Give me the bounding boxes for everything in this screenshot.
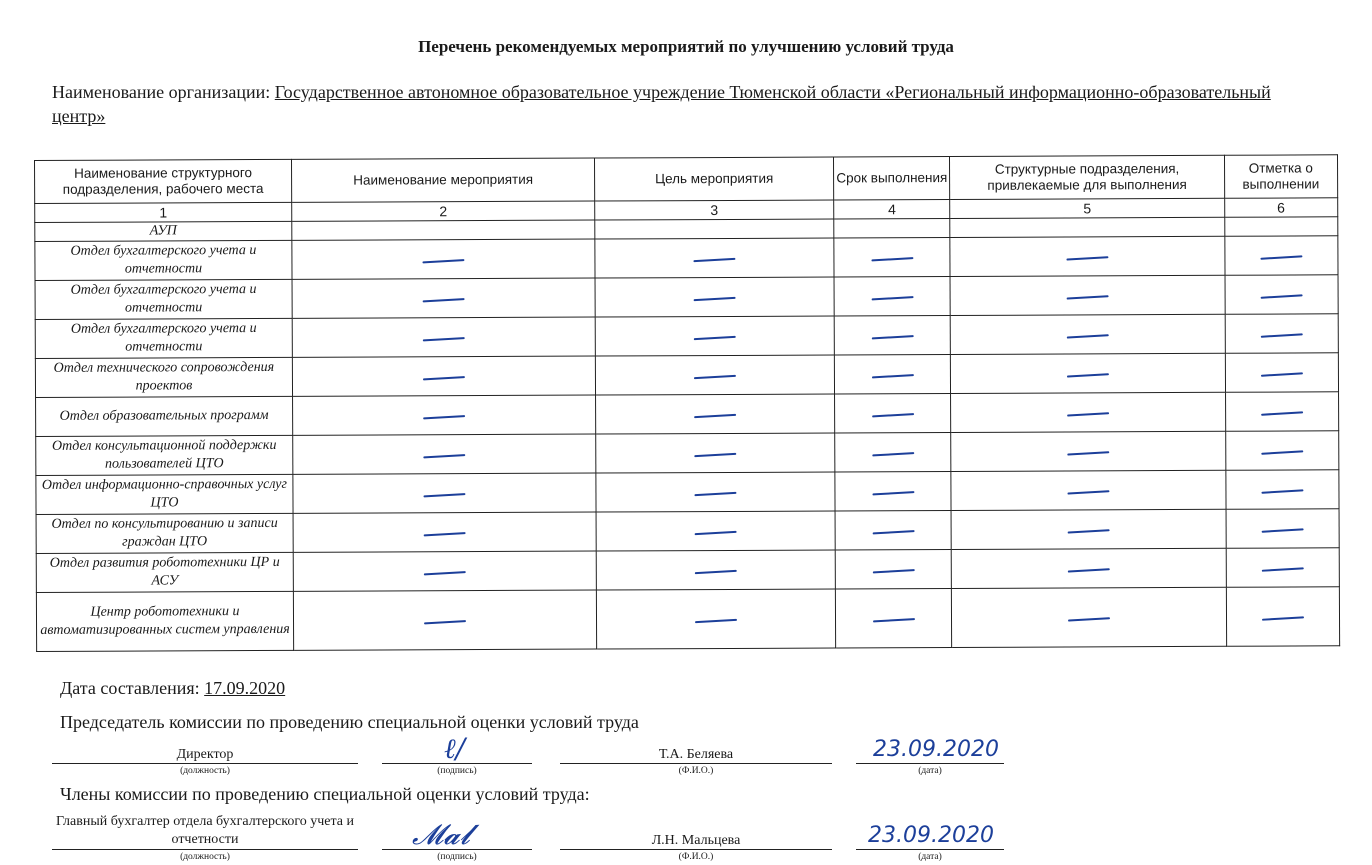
organization-label: Наименование организации:	[52, 82, 275, 102]
handwritten-dash-mark	[694, 375, 736, 379]
handwritten-dash-mark	[1068, 529, 1110, 533]
chair-signed-date: 23.09.2020	[856, 737, 1016, 762]
dash-cell	[835, 394, 952, 434]
dash-cell	[596, 394, 835, 434]
department-name: Центр робототехники и автоматизированных…	[36, 591, 293, 651]
table-row: Отдел консультационной поддержки пользов…	[36, 431, 1339, 476]
dash-cell	[951, 470, 1225, 510]
dash-cell	[293, 473, 596, 513]
dash-cell	[1224, 236, 1338, 275]
dash-cell	[952, 587, 1226, 647]
table-row: Отдел по консультированию и записи гражд…	[36, 509, 1339, 554]
header-department: Наименование структурного подразделения,…	[35, 159, 292, 203]
column-number: 6	[1224, 198, 1338, 217]
handwritten-dash-mark	[424, 571, 466, 575]
handwritten-dash-mark	[1067, 451, 1109, 455]
department-name: Отдел образовательных программ	[36, 396, 293, 436]
dash-cell	[597, 589, 836, 649]
handwritten-dash-mark	[1262, 616, 1304, 620]
dash-cell	[834, 316, 951, 356]
column-number: 5	[950, 198, 1224, 218]
dash-cell	[595, 238, 834, 278]
handwritten-dash-mark	[424, 532, 466, 536]
chair-name: Т.А. Беляева	[560, 747, 832, 764]
handwritten-dash-mark	[1067, 412, 1109, 416]
handwritten-dash-mark	[872, 491, 914, 495]
caption-position: (должность)	[52, 852, 358, 862]
handwritten-dash-mark	[694, 336, 736, 340]
handwritten-dash-mark	[1067, 373, 1109, 377]
dash-cell	[1226, 509, 1340, 548]
table-row: Отдел информационно-справочных услуг ЦТО	[36, 470, 1339, 515]
handwritten-dash-mark	[871, 257, 913, 261]
department-name: Отдел консультационной поддержки пользов…	[36, 435, 293, 475]
handwritten-dash-mark	[873, 618, 915, 622]
dash-cell	[835, 588, 952, 648]
dash-cell	[293, 434, 596, 474]
column-number: 2	[292, 201, 595, 221]
table-row: Центр робототехники и автоматизированных…	[36, 587, 1339, 652]
handwritten-dash-mark	[695, 570, 737, 574]
department-name: Отдел технического сопровождения проекто…	[35, 357, 292, 397]
handwritten-dash-mark	[1260, 294, 1302, 298]
table-row: Отдел развития робототехники ЦР и АСУ	[36, 548, 1339, 593]
member-signature-mark: 𝓜𝓪𝓵	[412, 818, 470, 852]
dash-cell	[951, 353, 1225, 393]
dash-cell	[834, 238, 951, 278]
handwritten-dash-mark	[423, 454, 465, 458]
compiled-date-line: Дата составления: 17.09.2020	[60, 678, 285, 699]
compiled-date-value: 17.09.2020	[204, 678, 285, 698]
handwritten-dash-mark	[1260, 255, 1302, 259]
dash-cell	[1225, 275, 1339, 314]
dash-cell	[952, 548, 1226, 588]
department-name: Отдел по консультированию и записи гражд…	[36, 513, 293, 553]
measures-table: Наименование структурного подразделения,…	[34, 154, 1340, 652]
handwritten-dash-mark	[1261, 333, 1303, 337]
handwritten-dash-mark	[1067, 295, 1109, 299]
handwritten-dash-mark	[1067, 490, 1109, 494]
handwritten-dash-mark	[694, 258, 736, 262]
dash-cell	[293, 395, 596, 435]
table-row: Отдел бухгалтерского учета и отчетности	[35, 275, 1338, 320]
handwritten-dash-mark	[872, 530, 914, 534]
caption-date: (дата)	[856, 766, 1004, 776]
handwritten-dash-mark	[423, 298, 465, 302]
dash-cell	[951, 392, 1225, 432]
members-heading: Члены комиссии по проведению специальной…	[60, 784, 590, 805]
handwritten-dash-mark	[873, 569, 915, 573]
handwritten-dash-mark	[871, 296, 913, 300]
dash-cell	[595, 316, 834, 356]
handwritten-dash-mark	[423, 415, 465, 419]
chair-signature-row: Директор (должность) ℓ/ (подпись) Т.А. Б…	[52, 730, 1052, 776]
dash-cell	[292, 317, 595, 357]
header-involved-units: Структурные подразделения, привлекаемые …	[950, 155, 1224, 199]
column-number: 1	[35, 202, 292, 222]
member-name: Л.Н. Мальцева	[560, 833, 832, 850]
dash-cell	[835, 472, 952, 512]
dash-cell	[292, 239, 595, 279]
caption-date: (дата)	[856, 852, 1004, 862]
chair-signature-mark: ℓ/	[444, 732, 465, 766]
table-row: Отдел образовательных программ	[36, 392, 1339, 437]
handwritten-dash-mark	[694, 414, 736, 418]
dash-cell	[292, 278, 595, 318]
handwritten-dash-mark	[1068, 617, 1110, 621]
member-signature-row: Главный бухгалтер отдела бухгалтерского …	[52, 808, 1052, 862]
table-row: Отдел бухгалтерского учета и отчетности	[35, 314, 1338, 359]
caption-name: (Ф.И.О.)	[560, 766, 832, 776]
department-name: Отдел развития робототехники ЦР и АСУ	[36, 552, 293, 592]
handwritten-dash-mark	[1261, 411, 1303, 415]
header-completion-mark: Отметка о выполнении	[1224, 155, 1338, 198]
handwritten-dash-mark	[872, 374, 914, 378]
dash-cell	[293, 512, 596, 552]
dash-cell	[1226, 548, 1340, 587]
dash-cell	[1226, 587, 1340, 646]
dash-cell	[951, 275, 1225, 315]
dash-cell	[596, 433, 835, 473]
handwritten-dash-mark	[872, 452, 914, 456]
department-name: Отдел информационно-справочных услуг ЦТО	[36, 474, 293, 514]
member-signed-date: 23.09.2020	[856, 823, 1006, 848]
handwritten-dash-mark	[1068, 568, 1110, 572]
caption-signature: (подпись)	[382, 766, 532, 776]
dash-cell	[952, 509, 1226, 549]
header-measure: Наименование мероприятия	[291, 158, 594, 202]
handwritten-dash-mark	[695, 531, 737, 535]
header-goal: Цель мероприятия	[595, 157, 834, 201]
handwritten-dash-mark	[695, 492, 737, 496]
dash-cell	[835, 433, 952, 473]
handwritten-dash-mark	[422, 259, 464, 263]
handwritten-dash-mark	[872, 413, 914, 417]
dash-cell	[951, 314, 1225, 354]
table-row: Отдел технического сопровождения проекто…	[35, 353, 1338, 398]
handwritten-dash-mark	[872, 335, 914, 339]
dash-cell	[596, 550, 835, 590]
dash-cell	[1225, 392, 1339, 431]
dash-cell	[596, 511, 835, 551]
department-name: Отдел бухгалтерского учета и отчетности	[35, 240, 292, 280]
handwritten-dash-mark	[424, 620, 466, 624]
dash-cell	[293, 551, 596, 591]
table-row: Отдел бухгалтерского учета и отчетности	[35, 236, 1338, 281]
organization-line: Наименование организации: Государственно…	[52, 80, 1292, 128]
compiled-date-label: Дата составления:	[60, 678, 204, 698]
dash-cell	[834, 355, 951, 395]
caption-position: (должность)	[52, 766, 358, 776]
dash-cell	[951, 431, 1225, 471]
handwritten-dash-mark	[1067, 334, 1109, 338]
caption-name: (Ф.И.О.)	[560, 852, 832, 862]
handwritten-dash-mark	[423, 337, 465, 341]
dash-cell	[595, 277, 834, 317]
handwritten-dash-mark	[694, 297, 736, 301]
dash-cell	[835, 510, 952, 550]
document-title: Перечень рекомендуемых мероприятий по ул…	[0, 37, 1372, 57]
dash-cell	[1225, 353, 1339, 392]
dash-cell	[950, 236, 1224, 276]
handwritten-dash-mark	[423, 376, 465, 380]
group-label: АУП	[35, 221, 292, 241]
handwritten-dash-mark	[1066, 256, 1108, 260]
handwritten-dash-mark	[1261, 489, 1303, 493]
handwritten-dash-mark	[694, 453, 736, 457]
dash-cell	[293, 590, 596, 650]
dash-cell	[596, 355, 835, 395]
handwritten-dash-mark	[1261, 450, 1303, 454]
department-name: Отдел бухгалтерского учета и отчетности	[35, 279, 292, 319]
dash-cell	[835, 549, 952, 589]
dash-cell	[834, 277, 951, 317]
handwritten-dash-mark	[1262, 567, 1304, 571]
column-number: 4	[834, 200, 951, 220]
header-deadline: Срок выполнения	[834, 157, 951, 201]
dash-cell	[292, 356, 595, 396]
handwritten-dash-mark	[1261, 528, 1303, 532]
chair-position: Директор	[52, 747, 358, 764]
header-row: Наименование структурного подразделения,…	[35, 155, 1338, 204]
column-number: 3	[595, 200, 834, 220]
dash-cell	[1225, 470, 1339, 509]
dash-cell	[1225, 431, 1339, 470]
handwritten-dash-mark	[695, 619, 737, 623]
dash-cell	[596, 472, 835, 512]
handwritten-dash-mark	[1261, 372, 1303, 376]
handwritten-dash-mark	[424, 493, 466, 497]
member-position: Главный бухгалтер отдела бухгалтерского …	[52, 813, 358, 850]
caption-signature: (подпись)	[382, 852, 532, 862]
department-name: Отдел бухгалтерского учета и отчетности	[35, 318, 292, 358]
dash-cell	[1225, 314, 1339, 353]
